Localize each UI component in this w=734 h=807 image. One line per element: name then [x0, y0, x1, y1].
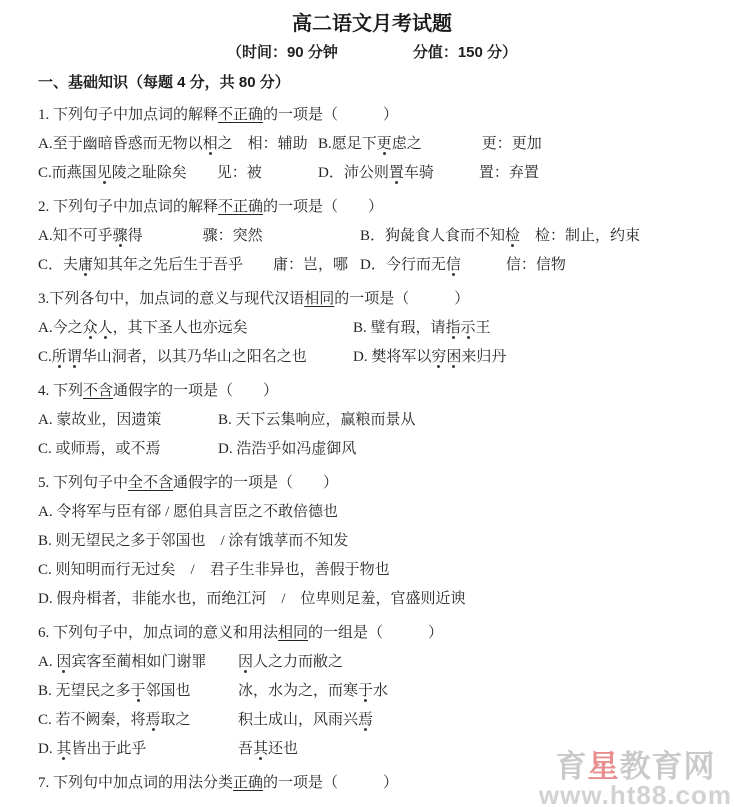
- question-5-option-d-text: D. 假舟楫者，非能水也，而绝江河 / 位卑则足羞，官盛则近谀: [38, 585, 466, 614]
- watermark-brand: 育星教育网: [539, 751, 732, 783]
- question-6-option-a-left: A. 因宾客至蔺相如门谢罪: [38, 648, 238, 677]
- question-6-option-b: B. 无望民之多于邻国也 冰，水为之，而寒于水: [38, 677, 706, 706]
- question-5-option-a-text: A. 令将军与臣有郤 / 愿伯具言臣之不敢倍德也: [38, 498, 338, 527]
- question-5-stem: 5. 下列句子中全不含通假字的一项是（ ）: [38, 469, 706, 498]
- question-3-option-a: A.今之众人，其下圣人也亦远矣: [38, 314, 353, 343]
- question-3-row-ab: A.今之众人，其下圣人也亦远矣 B. 璧有瑕，请指示王: [38, 314, 706, 343]
- question-6-option-c-left: C. 若不阙秦，将焉取之: [38, 706, 238, 735]
- question-6-option-d-left: D. 其皆出于此乎: [38, 735, 238, 764]
- question-3-option-c: C.所谓华山洞者，以其乃华山之阳名之也: [38, 343, 353, 372]
- question-5-option-b: B. 则无望民之多于邻国也 / 涂有饿莩而不知发: [38, 527, 706, 556]
- question-6-option-a: A. 因宾客至蔺相如门谢罪 因人之力而敝之: [38, 648, 706, 677]
- question-6-option-b-right: 冰，水为之，而寒于水: [238, 677, 388, 706]
- question-1-option-a: A.至于幽暗昏惑而无物以相之 相：辅助: [38, 130, 318, 159]
- question-3: 3.下列各句中，加点词的意义与现代汉语相同的一项是（ ） A.今之众人，其下圣人…: [38, 285, 706, 372]
- question-2-row-cd: C．夫庸知其年之先后生于吾乎 庸：岂，哪 D．今行而无信 信：信物: [38, 251, 706, 280]
- question-5-option-c: C. 则知明而行无过矣 / 君子生非异也，善假于物也: [38, 556, 706, 585]
- watermark-brand-pre: 育: [555, 749, 587, 784]
- question-4-row-cd: C. 或师焉，或不焉 D. 浩浩乎如冯虚御风: [38, 435, 706, 464]
- watermark-brand-accent: 星: [587, 749, 619, 784]
- question-1-row-cd: C.而燕国见陵之耻除矣 见：被 D．沛公则置车骑 置：弃置: [38, 159, 706, 188]
- exam-paper: 高二语文月考试题 （时间：90 分钟 分值：150 分） 一、基础知识（每题 4…: [0, 0, 734, 798]
- question-1-option-b: B.愿足下更虑之 更：更加: [318, 130, 542, 159]
- question-3-option-b: B. 璧有瑕，请指示王: [353, 314, 491, 343]
- question-2: 2. 下列句子中加点词的解释不正确的一项是（ ） A.知不可乎骤得 骤：突然 B…: [38, 193, 706, 280]
- question-5-option-a: A. 令将军与臣有郤 / 愿伯具言臣之不敢倍德也: [38, 498, 706, 527]
- question-4-option-c: C. 或师焉，或不焉: [38, 435, 218, 464]
- question-4-stem: 4. 下列不含通假字的一项是（ ）: [38, 377, 706, 406]
- question-3-row-cd: C.所谓华山洞者，以其乃华山之阳名之也 D. 樊将军以穷困来归丹: [38, 343, 706, 372]
- question-6-option-c: C. 若不阙秦，将焉取之 积土成山，风雨兴焉: [38, 706, 706, 735]
- question-1-stem: 1. 下列句子中加点词的解释不正确的一项是（ ）: [38, 101, 706, 130]
- watermark: 育星教育网 www.ht88.com: [539, 751, 732, 807]
- question-1-row-ab: A.至于幽暗昏惑而无物以相之 相：辅助 B.愿足下更虑之 更：更加: [38, 130, 706, 159]
- question-5-option-d: D. 假舟楫者，非能水也，而绝江河 / 位卑则足羞，官盛则近谀: [38, 585, 706, 614]
- question-6-option-d-right: 吾其还也: [238, 735, 298, 764]
- question-2-stem: 2. 下列句子中加点词的解释不正确的一项是（ ）: [38, 193, 706, 222]
- question-6-option-b-left: B. 无望民之多于邻国也: [38, 677, 238, 706]
- question-2-option-c: C．夫庸知其年之先后生于吾乎 庸：岂，哪: [38, 251, 360, 280]
- watermark-url: www.ht88.com: [539, 782, 732, 807]
- question-3-stem: 3.下列各句中，加点词的意义与现代汉语相同的一项是（ ）: [38, 285, 706, 314]
- question-2-option-b: B．狗彘食人食而不知检 检：制止，约束: [360, 222, 640, 251]
- watermark-brand-post: 教育网: [619, 749, 715, 784]
- exam-meta: （时间：90 分钟 分值：150 分）: [38, 40, 706, 66]
- question-4-option-a: A. 蒙故业，因遗策: [38, 406, 218, 435]
- question-2-row-ab: A.知不可乎骤得 骤：突然 B．狗彘食人食而不知检 检：制止，约束: [38, 222, 706, 251]
- question-2-option-d: D．今行而无信 信：信物: [360, 251, 566, 280]
- question-2-option-a: A.知不可乎骤得 骤：突然: [38, 222, 360, 251]
- question-3-option-d: D. 樊将军以穷困来归丹: [353, 343, 506, 372]
- question-1-option-d: D．沛公则置车骑 置：弃置: [318, 159, 539, 188]
- question-5: 5. 下列句子中全不含通假字的一项是（ ） A. 令将军与臣有郤 / 愿伯具言臣…: [38, 469, 706, 614]
- question-5-option-c-text: C. 则知明而行无过矣 / 君子生非异也，善假于物也: [38, 556, 390, 585]
- question-4-option-b: B. 天下云集响应，赢粮而景从: [218, 406, 416, 435]
- question-1-option-c: C.而燕国见陵之耻除矣 见：被: [38, 159, 318, 188]
- page-title: 高二语文月考试题: [38, 8, 706, 40]
- question-4-option-d: D. 浩浩乎如冯虚御风: [218, 435, 356, 464]
- question-1: 1. 下列句子中加点词的解释不正确的一项是（ ） A.至于幽暗昏惑而无物以相之 …: [38, 101, 706, 188]
- section-heading: 一、基础知识（每题 4 分，共 80 分）: [38, 70, 706, 96]
- question-4: 4. 下列不含通假字的一项是（ ） A. 蒙故业，因遗策 B. 天下云集响应，赢…: [38, 377, 706, 464]
- question-6-option-c-right: 积土成山，风雨兴焉: [238, 706, 373, 735]
- question-6-stem: 6. 下列句子中，加点词的意义和用法相同的一组是（ ）: [38, 619, 706, 648]
- question-6: 6. 下列句子中，加点词的意义和用法相同的一组是（ ） A. 因宾客至蔺相如门谢…: [38, 619, 706, 764]
- question-6-option-a-right: 因人之力而敝之: [238, 648, 343, 677]
- question-4-row-ab: A. 蒙故业，因遗策 B. 天下云集响应，赢粮而景从: [38, 406, 706, 435]
- question-5-option-b-text: B. 则无望民之多于邻国也 / 涂有饿莩而不知发: [38, 527, 348, 556]
